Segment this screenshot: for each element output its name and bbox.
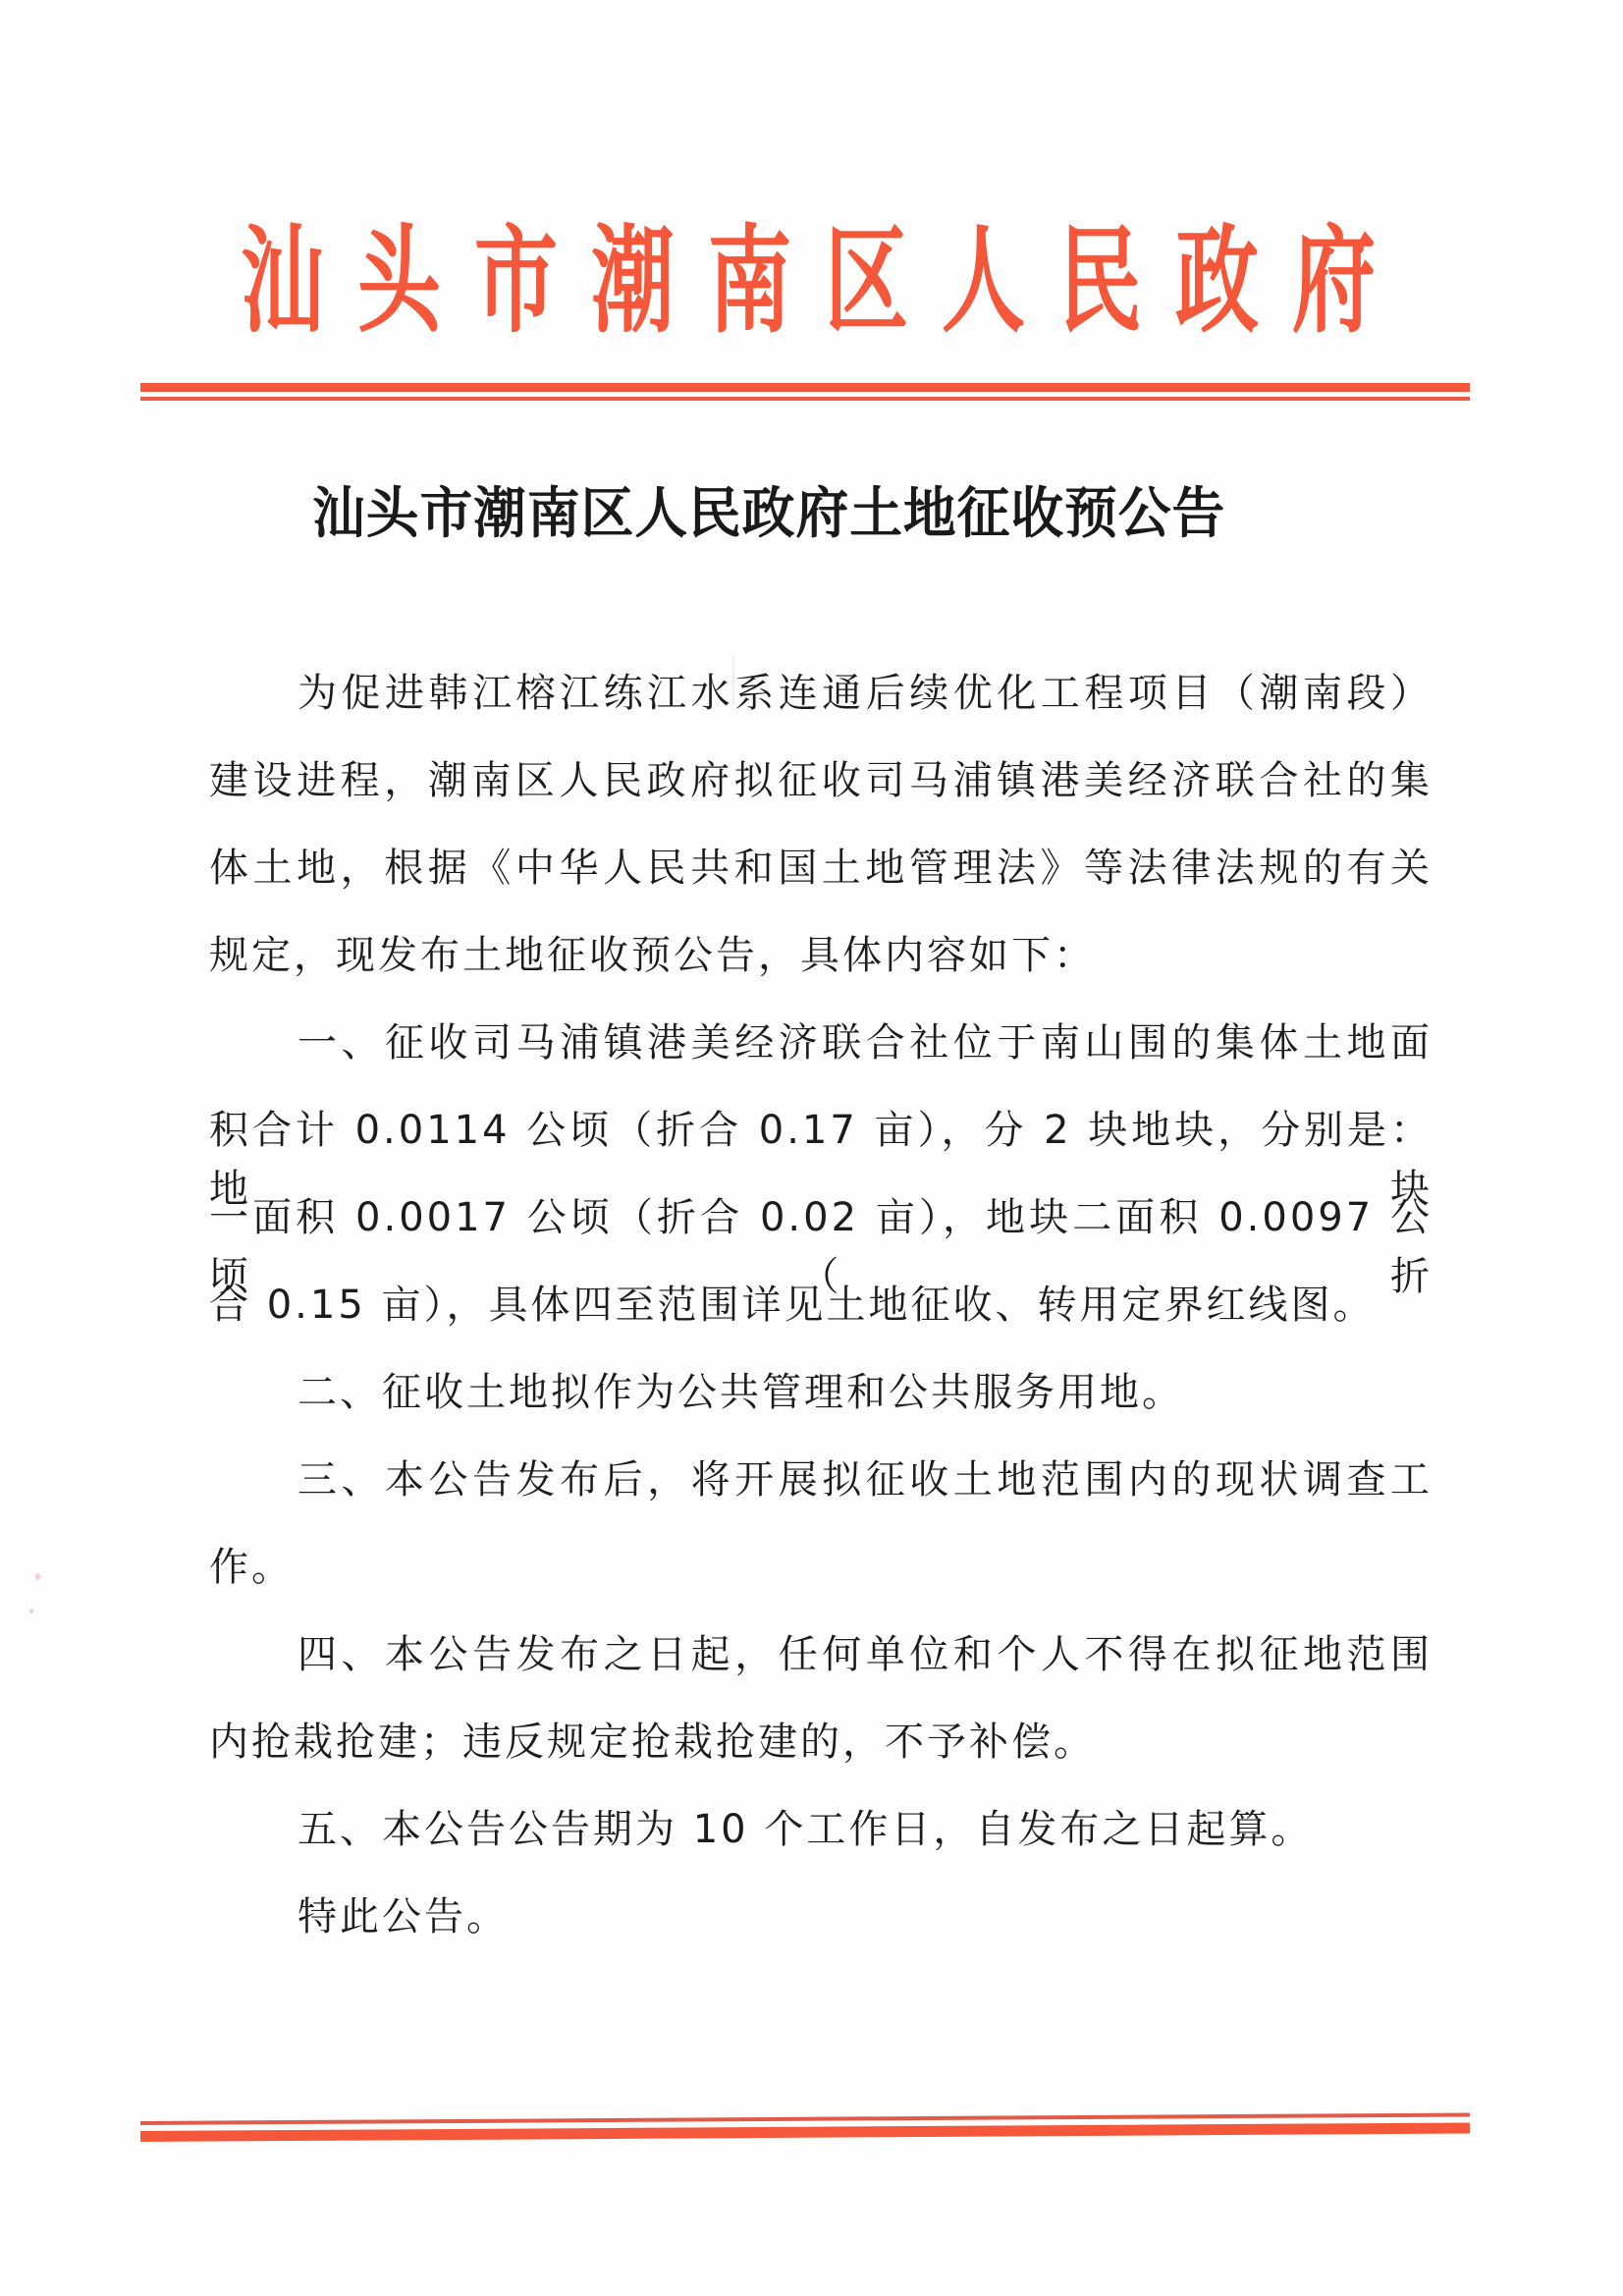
letterhead-char: 政: [1175, 214, 1260, 347]
scan-speck: [35, 1573, 40, 1580]
body-line: 四、本公告发布之日起，任何单位和个人不得在拟征地范围: [209, 1625, 1433, 1713]
letterhead-char: 市: [474, 214, 559, 347]
letterhead-char: 府: [1292, 214, 1377, 347]
letterhead-char: 头: [357, 214, 442, 347]
letterhead: 汕 头 市 潮 南 区 人 民 政 府: [224, 214, 1392, 347]
letterhead-char: 潮: [591, 214, 676, 347]
body-line: 作。: [209, 1538, 1433, 1625]
letterhead-char: 人: [942, 214, 1026, 347]
body-line: 积合计 0.0114 公顷（折合 0.17 亩），分 2 块地块，分别是：地块: [209, 1101, 1433, 1188]
scan-speck: [29, 1609, 33, 1613]
body-line: 建设进程，潮南区人民政府拟征收司马浦镇港美经济联合社的集: [209, 751, 1433, 839]
letterhead-char: 汕: [241, 214, 325, 347]
body-line: 内抢栽抢建；违反规定抢栽抢建的，不予补偿。: [209, 1713, 1433, 1800]
body-line: 体土地，根据《中华人民共和国土地管理法》等法律法规的有关: [209, 839, 1433, 926]
body-line: 二、征收土地拟作为公共管理和公共服务用地。: [209, 1363, 1433, 1450]
document-page: 汕 头 市 潮 南 区 人 民 政 府 汕头市潮南区人民政府土地征收预公告 为促…: [0, 0, 1623, 2296]
document-body: 为促进韩江榕江练江水系连通后续优化工程项目（潮南段） 建设进程，潮南区人民政府拟…: [209, 664, 1433, 1975]
body-line: 合 0.15 亩），具体四至范围详见土地征收、转用定界红线图。: [209, 1276, 1433, 1363]
body-line: 五、本公告公告期为 10 个工作日，自发布之日起算。: [209, 1800, 1433, 1887]
body-line: 特此公告。: [209, 1887, 1433, 1975]
scan-speck: [732, 656, 734, 705]
letterhead-char: 南: [708, 214, 792, 347]
footer-rule-thick: [140, 2122, 1470, 2142]
body-line: 一、征收司马浦镇港美经济联合社位于南山围的集体土地面: [209, 1013, 1433, 1101]
letterhead-char: 民: [1058, 214, 1143, 347]
body-line: 规定，现发布土地征收预公告，具体内容如下：: [209, 926, 1433, 1013]
document-title: 汕头市潮南区人民政府土地征收预公告: [312, 479, 1292, 548]
letterhead-char: 区: [825, 214, 909, 347]
body-line: 三、本公告发布后，将开展拟征收土地范围内的现状调查工: [209, 1450, 1433, 1538]
body-line: 一面积 0.0017 公顷（折合 0.02 亩），地块二面积 0.0097 公顷…: [209, 1188, 1433, 1276]
body-line: 为促进韩江榕江练江水系连通后续优化工程项目（潮南段）: [209, 664, 1433, 751]
letterhead-rule-thick: [140, 383, 1470, 392]
letterhead-rule-thin: [140, 397, 1470, 401]
